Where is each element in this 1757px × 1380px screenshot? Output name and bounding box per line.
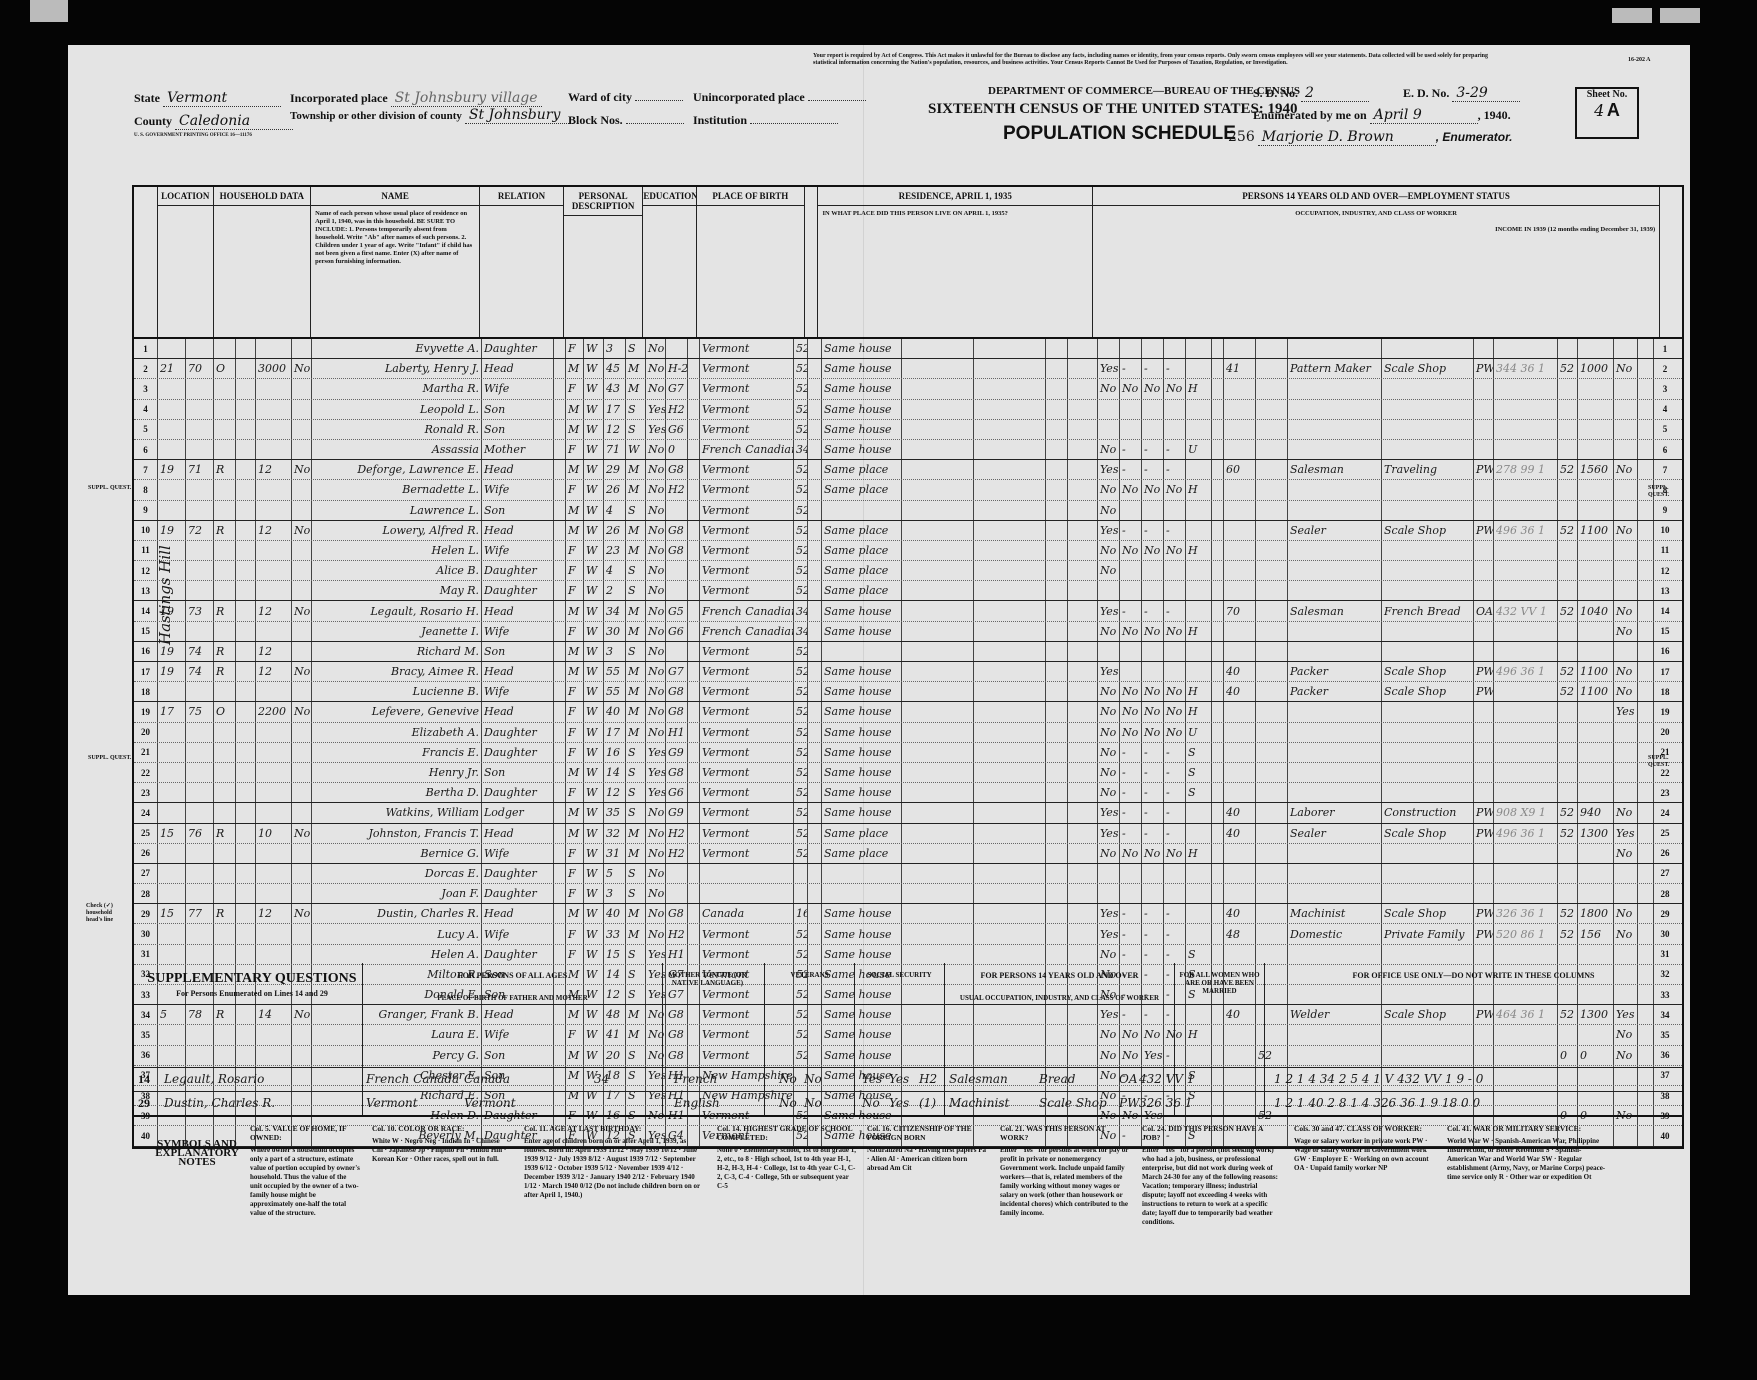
birthplace-cell <box>700 884 794 903</box>
farm-residence-cell: No <box>292 460 312 479</box>
enumeration-date: April 9 <box>1370 107 1478 124</box>
house-number-cell <box>186 440 214 459</box>
relation-cell: Daughter <box>482 339 554 358</box>
birthplace-code-cell: 16 <box>794 904 808 923</box>
unemployment-duration-cell <box>1256 924 1288 943</box>
wages-1939-cell: 1100 <box>1578 662 1614 681</box>
person-name-cell: Bertha D. <box>312 783 482 802</box>
birthplace-cell: Vermont <box>700 844 794 863</box>
public-emergency-work-cell: - <box>1120 440 1142 459</box>
citizenship-cell <box>808 662 822 681</box>
wages-1939-cell <box>1578 541 1614 560</box>
farm-schedule-cell <box>1638 783 1654 802</box>
state-1935-cell <box>974 379 1046 398</box>
supp-row: 29Dustin, Charles R.VermontVermontEnglis… <box>134 1091 1682 1114</box>
birthplace-cell: French Canadian <box>700 622 794 641</box>
marital-status-cell: S <box>626 783 646 802</box>
wages-1939-cell: 156 <box>1578 924 1614 943</box>
home-tenure-cell: O <box>214 702 236 721</box>
home-tenure-cell <box>214 379 236 398</box>
on-farm-1935-cell <box>1046 844 1068 863</box>
line-number-right-cell: 14 <box>1654 601 1676 620</box>
table-row: 161974R12Richard M.SonMW3SNoVermont5216 <box>134 642 1682 662</box>
marital-status-cell: S <box>626 803 646 822</box>
at-work-cell: Yes <box>1098 803 1120 822</box>
seeking-work-cell <box>1142 581 1164 600</box>
state-1935-cell <box>974 561 1046 580</box>
person-name-cell: May R. <box>312 581 482 600</box>
highest-grade-cell: H2 <box>666 844 688 863</box>
occupation-cell <box>1288 743 1382 762</box>
block-field: Block Nos. <box>568 113 684 128</box>
code-e-cell <box>1212 662 1224 681</box>
line-number-right-cell: 13 <box>1654 581 1676 600</box>
farm-schedule-cell <box>1638 924 1654 943</box>
occupation-code-cell <box>1494 642 1558 661</box>
code-b-cell <box>688 460 700 479</box>
has-job-cell <box>1164 884 1186 903</box>
sex-cell: F <box>566 480 584 499</box>
school-attendance-cell: No <box>646 581 666 600</box>
county-1935-cell <box>902 541 974 560</box>
state-1935-cell <box>974 339 1046 358</box>
home-value-cell <box>256 844 292 863</box>
home-tenure-cell: R <box>214 601 236 620</box>
industry-cell <box>1382 440 1474 459</box>
supp-title: SUPPLEMENTARY QUESTIONSFor Persons Enume… <box>142 971 362 1001</box>
seeking-work-cell: No <box>1142 379 1164 398</box>
residence-1935-cell: Same place <box>822 480 902 499</box>
farm-residence-cell <box>292 561 312 580</box>
farm-residence-cell <box>292 622 312 641</box>
home-tenure-cell <box>214 541 236 560</box>
table-row: 171974R12NoBracy, Aimee R.HeadMW55MNoG7V… <box>134 662 1682 682</box>
code-b-cell <box>688 702 700 721</box>
occupation-cell <box>1288 622 1382 641</box>
residence-1935-cell: Same house <box>822 682 902 701</box>
at-work-cell: Yes <box>1098 924 1120 943</box>
sex-cell: F <box>566 379 584 398</box>
home-value-cell <box>256 945 292 964</box>
table-row: 191775O2200NoLefevere, GeneviveHeadFW40M… <box>134 702 1682 722</box>
sex-cell: F <box>566 682 584 701</box>
relation-cell: Head <box>482 702 554 721</box>
school-attendance-cell: Yes <box>646 763 666 782</box>
code-e-cell <box>1212 440 1224 459</box>
home-tenure-cell <box>214 400 236 419</box>
class-of-worker-cell <box>1474 844 1494 863</box>
occupation-cell <box>1288 763 1382 782</box>
citizenship-cell <box>808 783 822 802</box>
state-1935-cell <box>974 803 1046 822</box>
hours-worked-cell <box>1224 763 1256 782</box>
weeks-worked-cell <box>1558 561 1578 580</box>
unemployment-duration-cell <box>1256 743 1288 762</box>
birthplace-code-cell <box>794 884 808 903</box>
seeking-work-cell <box>1142 561 1164 580</box>
has-job-cell: - <box>1164 904 1186 923</box>
code-d-cell <box>1068 642 1098 661</box>
industry-cell: Scale Shop <box>1382 662 1474 681</box>
age-cell: 5 <box>604 864 626 883</box>
hours-worked-cell <box>1224 945 1256 964</box>
other-income-cell <box>1614 763 1638 782</box>
street-number-cell <box>158 480 186 499</box>
county-1935-cell <box>902 581 974 600</box>
industry-cell <box>1382 480 1474 499</box>
weeks-worked-cell: 52 <box>1558 662 1578 681</box>
code-b-cell <box>688 561 700 580</box>
other-income-cell: No <box>1614 521 1638 540</box>
birthplace-cell: Vermont <box>700 420 794 439</box>
code-d-cell <box>1068 622 1098 641</box>
citizenship-cell <box>808 561 822 580</box>
table-row: 3Martha R.WifeFW43MNoG7Vermont52Same hou… <box>134 379 1682 399</box>
seeking-work-cell: - <box>1142 904 1164 923</box>
seeking-work-cell: No <box>1142 682 1164 701</box>
other-income-cell: No <box>1614 460 1638 479</box>
occupation-cell: Laborer <box>1288 803 1382 822</box>
age-cell: 40 <box>604 702 626 721</box>
marital-status-cell: M <box>626 541 646 560</box>
industry-cell: French Bread <box>1382 601 1474 620</box>
state-field: State Vermont <box>134 90 281 107</box>
occupation-code-cell <box>1494 864 1558 883</box>
street-number-cell <box>158 723 186 742</box>
has-job-cell: - <box>1164 924 1186 943</box>
birthplace-code-cell: 52 <box>794 743 808 762</box>
hours-worked-cell <box>1224 521 1256 540</box>
public-emergency-work-cell: - <box>1120 763 1142 782</box>
sex-cell: M <box>566 501 584 520</box>
seeking-work-cell: - <box>1142 945 1164 964</box>
relation-cell: Wife <box>482 844 554 863</box>
occupation-cell <box>1288 339 1382 358</box>
school-attendance-cell: No <box>646 884 666 903</box>
unemployment-duration-cell <box>1256 844 1288 863</box>
home-tenure-cell <box>214 924 236 943</box>
has-job-cell: No <box>1164 682 1186 701</box>
other-income-cell <box>1614 864 1638 883</box>
on-farm-1935-cell <box>1046 440 1068 459</box>
farm-schedule-cell <box>1638 339 1654 358</box>
street-number-cell <box>158 924 186 943</box>
at-work-cell: No <box>1098 541 1120 560</box>
farm-residence-cell <box>292 682 312 701</box>
street-number-cell: 15 <box>158 904 186 923</box>
note-col24: Col. 24. DID THIS PERSON HAVE A JOB?Ente… <box>1142 1124 1282 1227</box>
marital-status-cell: M <box>626 480 646 499</box>
code-e-cell <box>1212 743 1224 762</box>
person-name-cell: Francis E. <box>312 743 482 762</box>
seeking-work-cell: - <box>1142 601 1164 620</box>
school-attendance-cell: No <box>646 904 666 923</box>
note-col10: Col. 10. COLOR OR RACE:White W · Negro N… <box>372 1124 512 1164</box>
industry-cell <box>1382 622 1474 641</box>
has-job-cell: No <box>1164 702 1186 721</box>
birthplace-cell: Vermont <box>700 783 794 802</box>
line-number-cell: 27 <box>134 864 158 883</box>
at-work-cell: No <box>1098 783 1120 802</box>
birthplace-code-cell: 34 <box>794 622 808 641</box>
farm-residence-cell: No <box>292 702 312 721</box>
farm-schedule-cell <box>1638 359 1654 378</box>
sex-cell: F <box>566 783 584 802</box>
has-job-cell: - <box>1164 783 1186 802</box>
farm-schedule-cell <box>1638 864 1654 883</box>
street-number-cell <box>158 945 186 964</box>
office-codes: 1 2 1 40 2 8 1 4 326 36 1 9 18 0 0 <box>1274 1096 1480 1110</box>
state-1935-cell <box>974 581 1046 600</box>
house-number-cell <box>186 723 214 742</box>
person-name-cell: Henry Jr. <box>312 763 482 782</box>
industry-cell <box>1382 783 1474 802</box>
birthplace-cell: Vermont <box>700 400 794 419</box>
film-edge-tab <box>1660 8 1700 23</box>
line-number-cell: 14 <box>134 601 158 620</box>
residence-1935-cell: Same place <box>822 824 902 843</box>
occupation-cell <box>1288 501 1382 520</box>
citizenship-cell <box>808 803 822 822</box>
code-d-cell <box>1068 480 1098 499</box>
occupation-code-cell <box>1494 581 1558 600</box>
home-value-cell <box>256 379 292 398</box>
marital-status-cell: M <box>626 844 646 863</box>
unemployment-duration-cell <box>1256 682 1288 701</box>
occupation-code-cell <box>1494 945 1558 964</box>
occupation-code-cell <box>1494 339 1558 358</box>
table-row: 18Lucienne B.WifeFW55MNoG8Vermont52Same … <box>134 682 1682 702</box>
county-1935-cell <box>902 359 974 378</box>
school-attendance-cell: No <box>646 480 666 499</box>
weeks-worked-cell <box>1558 763 1578 782</box>
home-tenure-cell: R <box>214 662 236 681</box>
has-job-cell: No <box>1164 379 1186 398</box>
birthplace-cell: Vermont <box>700 682 794 701</box>
person-name-cell: Evyvette A. <box>312 339 482 358</box>
home-tenure-cell: R <box>214 904 236 923</box>
sex-cell: M <box>566 662 584 681</box>
citizenship-cell <box>808 339 822 358</box>
birthplace-cell: Vermont <box>700 541 794 560</box>
table-row: 9Lawrence L.SonMW4SNoVermont52No9 <box>134 501 1682 521</box>
owned-rented-cell <box>236 480 256 499</box>
code-b-cell <box>688 803 700 822</box>
unemployment-duration-cell <box>1256 460 1288 479</box>
other-income-cell: No <box>1614 662 1638 681</box>
suppl-quest-note: SUPPL. QUEST. <box>88 485 131 492</box>
occupation-code-cell <box>1494 480 1558 499</box>
school-attendance-cell: No <box>646 864 666 883</box>
activity-cell: H <box>1186 844 1212 863</box>
code-d-cell <box>1068 359 1098 378</box>
usual-code: 326 36 1 <box>1139 1096 1192 1110</box>
marital-status-cell: S <box>626 420 646 439</box>
seeking-work-cell <box>1142 642 1164 661</box>
class-of-worker-cell <box>1474 743 1494 762</box>
home-tenure-cell: O <box>214 359 236 378</box>
relation-cell: Head <box>482 460 554 479</box>
age-cell: 55 <box>604 682 626 701</box>
residence-1935-cell: Same house <box>822 945 902 964</box>
home-value-cell <box>256 581 292 600</box>
state-1935-cell <box>974 702 1046 721</box>
county-1935-cell <box>902 763 974 782</box>
unemployment-duration-cell <box>1256 359 1288 378</box>
birthplace-cell: Vermont <box>700 702 794 721</box>
owned-rented-cell <box>236 702 256 721</box>
enumerator-name: Marjorie D. Brown <box>1258 129 1436 146</box>
code-d-cell <box>1068 824 1098 843</box>
class-of-worker-cell: PW <box>1474 682 1494 701</box>
other-income-cell <box>1614 581 1638 600</box>
county-1935-cell <box>902 601 974 620</box>
unemployment-duration-cell <box>1256 501 1288 520</box>
school-attendance-cell: No <box>646 541 666 560</box>
at-work-cell: No <box>1098 622 1120 641</box>
person-name-cell: Dorcas E. <box>312 864 482 883</box>
activity-cell <box>1186 420 1212 439</box>
occupation-code-cell: 908 X9 1 <box>1494 803 1558 822</box>
industry-cell <box>1382 763 1474 782</box>
group-citizenship <box>805 187 819 337</box>
relation-cell: Daughter <box>482 864 554 883</box>
county-value: Caledonia <box>175 113 293 130</box>
farm-residence-cell <box>292 884 312 903</box>
sex-cell: M <box>566 460 584 479</box>
owned-rented-cell <box>236 339 256 358</box>
highest-grade-cell: G8 <box>666 702 688 721</box>
occupation-cell <box>1288 400 1382 419</box>
on-farm-1935-cell <box>1046 824 1068 843</box>
state-1935-cell <box>974 783 1046 802</box>
table-row: 26Bernice G.WifeFW31MNoH2Vermont52Same p… <box>134 844 1682 864</box>
citizenship-cell <box>808 824 822 843</box>
citizenship-cell <box>808 400 822 419</box>
home-tenure-cell <box>214 561 236 580</box>
highest-grade-cell: G8 <box>666 460 688 479</box>
seeking-work-cell: - <box>1142 763 1164 782</box>
deductions: Yes <box>889 1096 909 1110</box>
home-tenure-cell <box>214 622 236 641</box>
veteran-child: No <box>804 1096 822 1110</box>
race-cell: W <box>584 783 604 802</box>
schedule-title: POPULATION SCHEDULE <box>1003 123 1236 145</box>
code-a-cell <box>554 460 566 479</box>
house-number-cell <box>186 561 214 580</box>
occupation-code-cell <box>1494 763 1558 782</box>
suppl-quest-note: SUPPL. QUEST. <box>1648 485 1690 499</box>
on-farm-1935-cell <box>1046 622 1068 641</box>
residence-1935-cell: Same house <box>822 763 902 782</box>
seeking-work-cell <box>1142 420 1164 439</box>
class-of-worker-cell <box>1474 723 1494 742</box>
sex-cell: M <box>566 763 584 782</box>
code-e-cell <box>1212 824 1224 843</box>
school-attendance-cell: No <box>646 561 666 580</box>
public-emergency-work-cell: - <box>1120 743 1142 762</box>
activity-cell: S <box>1186 763 1212 782</box>
class-of-worker-cell <box>1474 884 1494 903</box>
marital-status-cell: S <box>626 884 646 903</box>
race-cell: W <box>584 420 604 439</box>
code-b-cell <box>688 601 700 620</box>
relation-cell: Daughter <box>482 783 554 802</box>
school-attendance-cell: No <box>646 844 666 863</box>
has-job-cell: - <box>1164 521 1186 540</box>
other-income-cell <box>1614 541 1638 560</box>
race-cell: W <box>584 803 604 822</box>
person-name-cell: Helen A. <box>312 945 482 964</box>
has-job-cell: No <box>1164 723 1186 742</box>
on-farm-1935-cell <box>1046 763 1068 782</box>
birthplace-cell: French Canadian <box>700 440 794 459</box>
citizenship-cell <box>808 924 822 943</box>
weeks-worked-cell <box>1558 581 1578 600</box>
public-emergency-work-cell <box>1120 662 1142 681</box>
person-name-cell: Dustin, Charles R. <box>312 904 482 923</box>
residence-1935-cell <box>822 884 902 903</box>
line-number-cell: 12 <box>134 561 158 580</box>
farm-residence-cell <box>292 803 312 822</box>
table-row: 27Dorcas E.DaughterFW5SNo27 <box>134 864 1682 884</box>
highest-grade-cell <box>666 561 688 580</box>
state-1935-cell <box>974 622 1046 641</box>
mother-tongue: English <box>674 1096 720 1110</box>
state-1935-cell <box>974 824 1046 843</box>
person-name-cell: Lawrence L. <box>312 501 482 520</box>
code-d-cell <box>1068 521 1098 540</box>
person-name-cell: Lefevere, Genevive <box>312 702 482 721</box>
check-note: Check (✓) household head's line <box>86 903 126 924</box>
public-emergency-work-cell: - <box>1120 359 1142 378</box>
unemployment-duration-cell <box>1256 622 1288 641</box>
sex-cell: M <box>566 601 584 620</box>
school-attendance-cell: No <box>646 379 666 398</box>
class-of-worker-cell <box>1474 501 1494 520</box>
house-number-cell <box>186 803 214 822</box>
birthplace-code-cell: 52 <box>794 642 808 661</box>
code: 34 <box>594 1072 609 1086</box>
public-emergency-work-cell: No <box>1120 541 1142 560</box>
public-emergency-work-cell <box>1120 864 1142 883</box>
birthplace-code-cell: 52 <box>794 480 808 499</box>
birthplace-cell: Vermont <box>700 561 794 580</box>
code-a-cell <box>554 662 566 681</box>
code-d-cell <box>1068 844 1098 863</box>
unemployment-duration-cell <box>1256 581 1288 600</box>
seeking-work-cell: - <box>1142 824 1164 843</box>
supp-name: Legault, Rosario <box>164 1072 264 1086</box>
owned-rented-cell <box>236 662 256 681</box>
marital-status-cell: S <box>626 400 646 419</box>
on-farm-1935-cell <box>1046 803 1068 822</box>
race-cell: W <box>584 702 604 721</box>
birthplace-cell: French Canadian <box>700 601 794 620</box>
county-1935-cell <box>902 884 974 903</box>
state-1935-cell <box>974 521 1046 540</box>
unemployment-duration-cell <box>1256 601 1288 620</box>
occupation-cell <box>1288 783 1382 802</box>
house-number-cell <box>186 379 214 398</box>
birthplace-code-cell: 52 <box>794 400 808 419</box>
at-work-cell: Yes <box>1098 662 1120 681</box>
residence-1935-cell: Same house <box>822 924 902 943</box>
farm-schedule-cell <box>1638 723 1654 742</box>
activity-cell: H <box>1186 622 1212 641</box>
table-row: 4Leopold L.SonMW17SYesH2Vermont52Same ho… <box>134 400 1682 420</box>
street-number-cell <box>158 844 186 863</box>
